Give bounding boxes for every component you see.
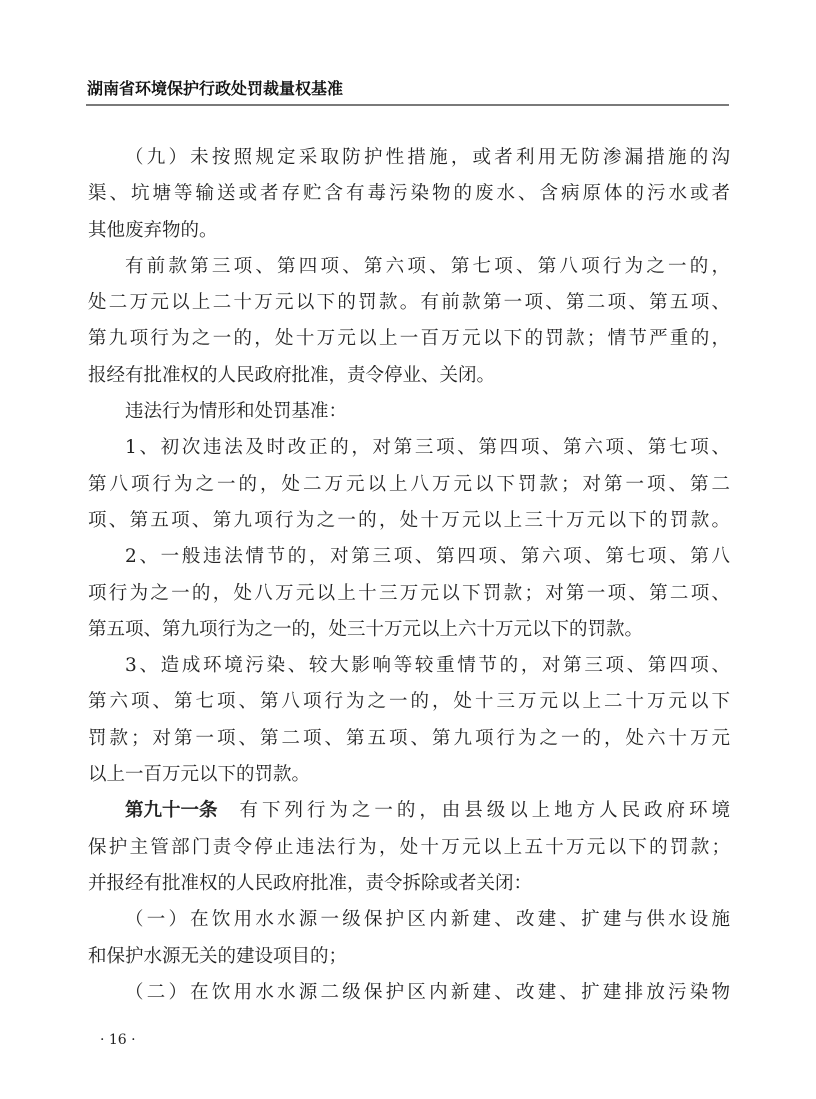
document-body: （九）未按照规定采取防护性措施，或者利用无防渗漏措施的沟 渠、坑塘等输送或者存贮… [88, 140, 730, 1011]
text-line: 渠、坑塘等输送或者存贮含有毒污染物的废水、含病原体的污水或者 [88, 176, 730, 212]
text-line: 并报经有批准权的人民政府批准，责令拆除或者关闭： [88, 866, 730, 902]
text-line: 第八项行为之一的，处二万元以上八万元以下罚款；对第一项、第二 [88, 467, 730, 503]
text-line: 罚款；对第一项、第二项、第五项、第九项行为之一的，处六十万元 [88, 721, 730, 757]
text-line: 报经有批准权的人民政府批准，责令停业、关闭。 [88, 358, 730, 394]
text-line: 项行为之一的，处八万元以上十三万元以下罚款；对第一项、第二项、 [88, 576, 730, 612]
text-line: 第九项行为之一的，处十万元以上一百万元以下的罚款；情节严重的， [88, 321, 730, 357]
header-rule [86, 104, 729, 106]
text-line: 以上一百万元以下的罚款。 [88, 757, 730, 793]
article-number: 第九十一条 [125, 793, 218, 829]
section-heading: 违法行为情形和处罚基准： [88, 394, 730, 430]
article-line: 第九十一条 有下列行为之一的，由县级以上地方人民政府环境 [88, 793, 730, 829]
text-line: 和保护水源无关的建设项目的； [88, 939, 730, 975]
text-line: （一）在饮用水水源一级保护区内新建、改建、扩建与供水设施 [88, 902, 730, 938]
text-line: 其他废弃物的。 [88, 213, 730, 249]
text-line: 第六项、第七项、第八项行为之一的，处十三万元以上二十万元以下 [88, 684, 730, 720]
text-line: 3、造成环境污染、较大影响等较重情节的，对第三项、第四项、 [88, 648, 730, 684]
text-line: （九）未按照规定采取防护性措施，或者利用无防渗漏措施的沟 [88, 140, 730, 176]
text-line: 处二万元以上二十万元以下的罚款。有前款第一项、第二项、第五项、 [88, 285, 730, 321]
text-line: 有下列行为之一的，由县级以上地方人民政府环境 [240, 793, 730, 829]
text-line: 第五项、第九项行为之一的，处三十万元以上六十万元以下的罚款。 [88, 612, 730, 648]
text-line: 有前款第三项、第四项、第六项、第七项、第八项行为之一的， [88, 249, 730, 285]
text-line: 1、初次违法及时改正的，对第三项、第四项、第六项、第七项、 [88, 430, 730, 466]
text-line: 2、一般违法情节的，对第三项、第四项、第六项、第七项、第八 [88, 539, 730, 575]
running-header: 湖南省环境保护行政处罚裁量权基准 [87, 76, 343, 99]
page-number: · 16 · [100, 1032, 136, 1048]
text-line: 项、第五项、第九项行为之一的，处十万元以上三十万元以下的罚款。 [88, 503, 730, 539]
text-line: 保护主管部门责令停止违法行为，处十万元以上五十万元以下的罚款； [88, 830, 730, 866]
document-page: 湖南省环境保护行政处罚裁量权基准 （九）未按照规定采取防护性措施，或者利用无防渗… [0, 0, 816, 1099]
text-line: （二）在饮用水水源二级保护区内新建、改建、扩建排放污染物 [88, 975, 730, 1011]
